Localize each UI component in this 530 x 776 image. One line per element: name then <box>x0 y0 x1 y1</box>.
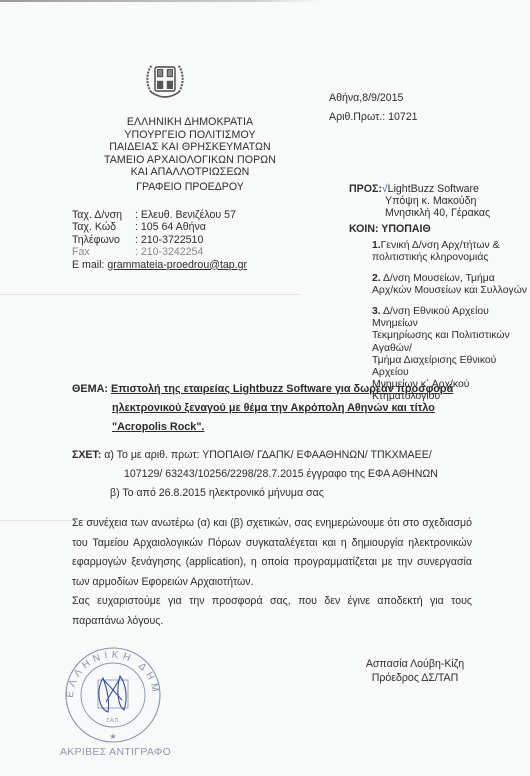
date-protocol-block: Αθήνα,8/9/2015 Αριθ.Πρωτ.: 10721 <box>329 89 418 127</box>
certified-copy-stamp: ΑΚΡΙΒΕΣ ΑΝΤΙΓΡΑΦΟ <box>60 746 171 758</box>
fax-label: Fax <box>72 246 135 258</box>
signature-block: Ασπασία Λούβη-Κίζη Πρόεδρος ΔΣ/ΤΑΠ <box>350 658 480 685</box>
postcode-value: : 105 64 Αθήνα <box>135 221 206 233</box>
email-link[interactable]: grammateia-proedrou@tap.gr <box>107 259 247 271</box>
body-paragraph: Σε συνέχεια των ανωτέρω (α) και (β) σχετ… <box>72 514 472 592</box>
signatory-name: Ασπασία Λούβη-Κίζη <box>350 658 480 672</box>
org-line: ΤΑΜΕΙΟ ΑΡΧΑΙΟΛΟΓΙΚΩΝ ΠΟΡΩΝ <box>82 154 298 167</box>
scan-edge <box>0 0 320 2</box>
cc-item-number: 2. <box>372 273 381 284</box>
cc-line: Τμήμα Διαχείρισης Εθνικού Αρχείου <box>372 355 530 379</box>
place-date: Αθήνα,8/9/2015 <box>329 89 418 108</box>
official-stamp-icon: ΕΛΛΗΝΙΚΗ ΔΗΜΟΚΡΑΤΙΑ Τ.Α.Π. ★ <box>58 640 168 745</box>
org-line: ΥΠΟΥΡΓΕΙΟ ΠΟΛΙΤΙΣΜΟΥ <box>82 129 298 142</box>
scan-artifact <box>0 294 300 295</box>
cc-line: Τεκμηρίωσης και Πολιτιστικών Αγαθών/ <box>372 330 530 354</box>
org-line: ΕΛΛΗΝΙΚΗ ΔΗΜΟΚΡΑΤΙΑ <box>82 116 298 129</box>
related-a-line: α) Το με αριθ. πρωτ: ΥΠΟΠΑΙΘ/ ΓΔΑΠΚ/ ΕΦΑ… <box>101 449 431 461</box>
protocol-number: Αριθ.Πρωτ.: 10721 <box>329 108 418 127</box>
related-label: ΣΧΕΤ: <box>72 449 101 461</box>
subject-block: ΘΕΜΑ: Επιστολή της εταιρείας Lightbuzz S… <box>72 380 453 437</box>
org-line: ΠΑΙΔΕΙΑΣ ΚΑΙ ΘΡΗΣΚΕΥΜΑΤΩΝ <box>82 141 298 154</box>
handwritten-signature <box>99 676 126 712</box>
subject-line: Επιστολή της εταιρείας Lightbuzz Softwar… <box>111 383 453 395</box>
cc-item-1: 1.Γενική Δ/νση Αρχ/τήτων & πολιτιστικής … <box>372 240 500 264</box>
recipient-name: LightBuzz Software <box>388 183 479 195</box>
svg-text:★: ★ <box>109 732 116 741</box>
recipient-label: ΠΡΟΣ: <box>349 183 382 195</box>
phone-value: : 210-3722510 <box>135 234 203 246</box>
related-block: ΣΧΕΤ: α) Το με αριθ. πρωτ: ΥΠΟΠΑΙΘ/ ΓΔΑΠ… <box>72 446 438 503</box>
cc-line: Δ/νση Μουσείων, Τμήμα <box>381 273 495 284</box>
subject-line: ηλεκτρονικού ξεναγού με θέμα την Ακρόπολ… <box>112 402 435 414</box>
cc-line: Γενική Δ/νση Αρχ/τήτων & <box>381 240 500 251</box>
cc-line: Αρχ/κών Μουσείων και Συλλογών <box>372 285 527 297</box>
recipient-block: ΠΡΟΣ:√LightBuzz Software Υπόψη κ. Μακούδ… <box>349 183 490 219</box>
cc-line: πολιτιστικής κληρονομιάς <box>372 252 500 264</box>
organization-header: ΕΛΛΗΝΙΚΗ ΔΗΜΟΚΡΑΤΙΑ ΥΠΟΥΡΓΕΙΟ ΠΟΛΙΤΙΣΜΟΥ… <box>82 116 298 179</box>
related-b-line: β) Το από 26.8.2015 ηλεκτρονικό μήνυμα σ… <box>110 484 438 503</box>
greek-coat-of-arms-icon <box>145 58 185 102</box>
postcode-label: Ταχ. Κώδ <box>72 221 135 233</box>
related-a-line: 107129/ 63243/10256/2298/28.7.2015 έγγρα… <box>124 465 438 484</box>
recipient-address: Μνησικλή 40, Γέρακας <box>385 207 490 219</box>
cc-item-2: 2. Δ/νση Μουσείων, Τμήμα Αρχ/κών Μουσείω… <box>372 273 527 297</box>
phone-label: Τηλέφωνο <box>72 234 135 246</box>
fax-value: : 210-3242254 <box>135 246 203 258</box>
recipient-attention: Υπόψη κ. Μακούδη <box>385 195 490 207</box>
address-value: : Ελευθ. Βενιζέλου 57 <box>135 209 236 221</box>
office-name: ΓΡΑΦΕΙΟ ΠΡΟΕΔΡΟΥ <box>82 181 298 193</box>
cc-item-number: 1. <box>372 240 381 251</box>
cc-line: Δ/νση Εθνικού Αρχείου Μνημείων <box>372 306 489 329</box>
email-label: E mail: <box>72 259 104 271</box>
subject-label: ΘΕΜΑ: <box>72 383 108 395</box>
org-line: ΚΑΙ ΑΠΑΛΛΟΤΡΙΩΣΕΩΝ <box>82 166 298 179</box>
body-paragraph: Σας ευχαριστούμε για την προσφορά σας, π… <box>72 592 472 631</box>
address-label: Ταχ. Δ/νση <box>72 209 135 221</box>
signatory-title: Πρόεδρος ΔΣ/ΤΑΠ <box>350 672 480 686</box>
contact-block: Ταχ. Δ/νση: Ελευθ. Βενιζέλου 57 Ταχ. Κώδ… <box>72 209 247 271</box>
subject-line: "Acropolis Rock". <box>112 421 204 433</box>
letter-body: Σε συνέχεια των ανωτέρω (α) και (β) σχετ… <box>72 514 472 632</box>
cc-item-number: 3. <box>372 306 381 317</box>
cc-label: ΚΟΙΝ: ΥΠΟΠΑΙΘ <box>349 223 431 235</box>
document-page: ΕΛΛΗΝΙΚΗ ΔΗΜΟΚΡΑΤΙΑ ΥΠΟΥΡΓΕΙΟ ΠΟΛΙΤΙΣΜΟΥ… <box>0 0 530 776</box>
stamp-inner-text: Τ.Α.Π. <box>106 718 120 724</box>
